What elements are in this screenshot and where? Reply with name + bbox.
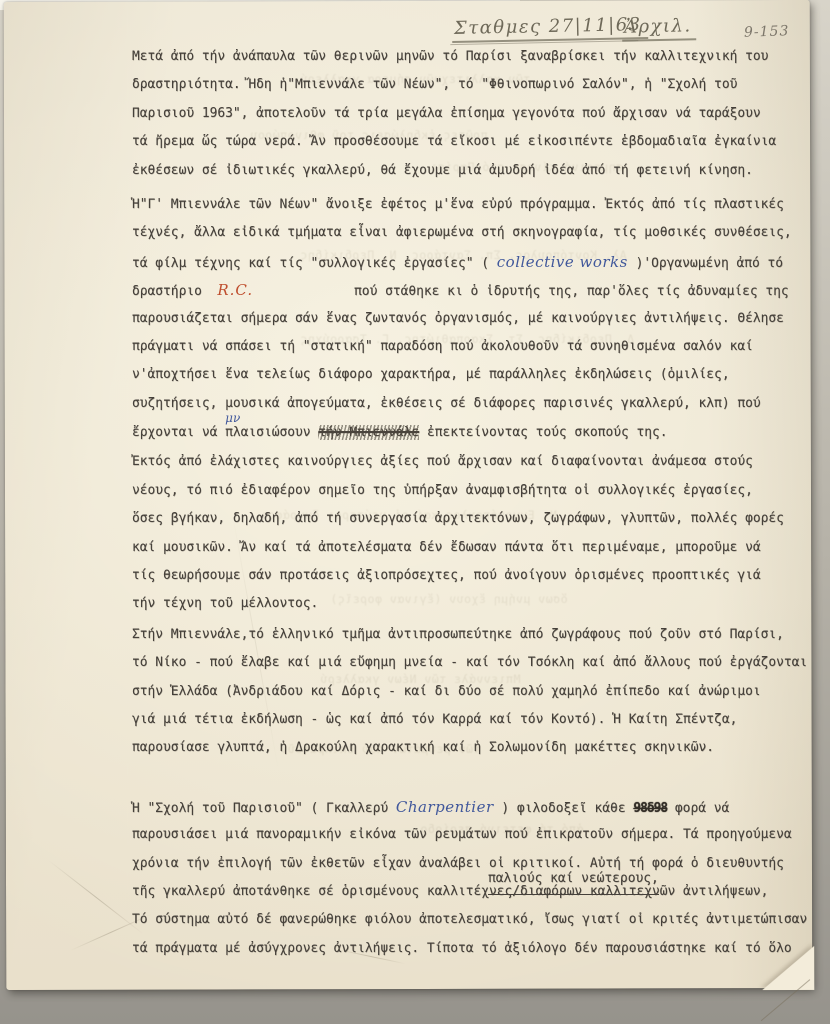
- text-line: τά ἤρεμα ὥς τώρα νερά. Ἄν προσθέσουμε τά…: [132, 128, 822, 156]
- text-line: δραστηριότητα. Ἤδη ἡ"Μπιεννάλε τῶν Νέων"…: [132, 71, 822, 99]
- paragraph: Μετά ἀπό τήν ἀνάπαυλα τῶν θερινῶν μηνῶν …: [132, 43, 822, 185]
- overtyped-correction: 98δ98: [633, 801, 667, 816]
- typed-text-segment: πού στάθηκε κι ὁ ἱδρυτής της, παρ'ὅλες τ…: [253, 284, 789, 299]
- typed-text-segment: χρόνια τήν ἐπιλογή τῶν ἐκθετῶν εἶχαν ἀνα…: [132, 856, 784, 871]
- typed-text-segment: φορά νά: [667, 801, 729, 816]
- text-line: Παρισιοῦ 1963", ἀποτελοῦν τά τρία μεγάλα…: [132, 100, 822, 128]
- text-line: τήν τέχνη τοῦ μέλλοντος.: [132, 590, 822, 618]
- typed-text-segment: Μετά ἀπό τήν ἀνάπαυλα τῶν θερινῶν μηνῶν …: [132, 49, 768, 64]
- text-line: Τό σύστημα αὐτό δέ φανερώθηκε φιόλου ἀπο…: [132, 906, 822, 934]
- handwritten-red-initials: R.C.: [217, 281, 253, 299]
- text-line: στήν Ἑλλάδα (Ἀνδριάδου καί Δόρις - καί δ…: [132, 678, 822, 706]
- text-line: τά πράγματα μέ ἀσύγχρονες ἀντιλήψεις. Τί…: [132, 935, 822, 963]
- typed-text-segment: Ἡ "Σχολή τοῦ Παρισιοῦ" ( Γκαλλερύ: [132, 801, 396, 816]
- typed-text-segment: πλαισιώσουν: [225, 425, 318, 440]
- text-line: παρουσίασε γλυπτά, ἡ Δρακούλη χαρακτική …: [132, 734, 822, 762]
- typed-text-segment: γιά μιά τέτια ἐκδήλωση - ὡς καί ἀπό τόν …: [132, 712, 737, 727]
- typed-text-segment: παρουσίασε γλυπτά, ἡ Δρακούλη χαρακτική …: [132, 740, 714, 755]
- text-line: δραστήριο R.C. πού στάθηκε κι ὁ ἱδρυτής …: [132, 276, 822, 304]
- typed-text-segment: Στήν Μπιεννάλε,τό ἑλληνικό τμῆμα ἀντιπρο…: [132, 627, 784, 642]
- paragraph: Ἡ "Σχολή τοῦ Παρισιοῦ" ( Γκαλλερύ Charpe…: [132, 793, 822, 963]
- typed-text-segment: )'Οργανωμένη ἀπό τό: [628, 256, 783, 271]
- typed-text-segment: Ἐκτός ἀπό ἐλάχιστες καινούργιες ἀξίες πο…: [132, 454, 753, 469]
- typed-text-segment: ἐκθέσεων σέ ἰδιωτικές γκαλλερύ, θά ἔχουμ…: [132, 163, 753, 178]
- paragraph: Στήν Μπιεννάλε,τό ἑλληνικό τμῆμα ἀντιπρο…: [132, 621, 822, 763]
- typed-text-segment: ἔρχονται νά: [132, 425, 225, 440]
- typed-text-segment: συζητήσεις, μουσικά ἀπογεύματα, ἐκθέσεις…: [132, 396, 761, 411]
- text-line: Στήν Μπιεννάλε,τό ἑλληνικό τμῆμα ἀντιπρο…: [132, 621, 822, 649]
- text-line: παρουσιάσει μιά πανοραμικήν εἰκόνα τῶν ρ…: [132, 821, 822, 849]
- text-line: ἔρχονται νά μνπλαισιώσουν τήν Μπιεννάλε …: [132, 418, 822, 446]
- typed-text-segment: δραστήριο: [132, 284, 217, 299]
- text-line: τῆς γκαλλερύ ἀποτάνθηκε σέ ὁρισμένους κα…: [132, 878, 822, 906]
- text-line: ν'ἀποχτήσει ἕνα τελείως διάφορο χαρακτήρ…: [132, 361, 822, 389]
- text-line: Ἡ"Γ' Μπιεννάλε τῶν Νέων" ἄνοιξε ἐφέτος μ…: [132, 191, 822, 219]
- typed-text-segment: Τό σύστημα αὐτό δέ φανερώθηκε φιόλου ἀπο…: [132, 912, 807, 927]
- paragraph: Ἡ"Γ' Μπιεννάλε τῶν Νέων" ἄνοιξε ἐφέτος μ…: [132, 191, 822, 447]
- typed-text-segment: τά ἤρεμα ὥς τώρα νερά. Ἄν προσθέσουμε τά…: [132, 134, 776, 149]
- typed-text-segment: ) φιλοδοξεῖ κάθε: [494, 801, 634, 816]
- text-line: τό Νίκο - πού ἔλαβε καί μιά εὔφημη μνεία…: [132, 649, 822, 677]
- typed-text-segment: τό Νίκο - πού ἔλαβε καί μιά εὔφημη μνεία…: [132, 655, 807, 670]
- typed-text-segment: παρουσιάσει μιά πανοραμικήν εἰκόνα τῶν ρ…: [132, 827, 792, 842]
- text-line: Μετά ἀπό τήν ἀνάπαυλα τῶν θερινῶν μηνῶν …: [132, 43, 822, 71]
- typed-text-segment: ἐπεκτείνοντας τούς σκοπούς της.: [419, 425, 667, 440]
- text-line: Ἡ "Σχολή τοῦ Παρισιοῦ" ( Γκαλλερύ Charpe…: [132, 793, 822, 821]
- text-line: τέχνές, ἄλλα εἰδικά τμήματα εἶναι ἀφιερω…: [132, 219, 822, 247]
- text-line: πράγματι νά σπάσει τή "στατική" παραδόση…: [132, 333, 822, 361]
- photograph-of-typescript: { "annotations": { "top_note": "Σταθμες …: [0, 0, 830, 1024]
- typed-text-segment: ὅσες βγήκαν, δηλαδή, ἀπό τή συνεργασία ἀ…: [132, 511, 784, 526]
- typed-text-segment: νέους, τό πιό ἐδιαφέρον σημεῖο της ὑπήρξ…: [132, 483, 753, 498]
- struck-through-text: τήν Μπιεννάλε: [318, 425, 419, 440]
- typed-text-segment: παρουσιάζεται σήμερα σάν ἕνας ζωντανός ὀ…: [132, 311, 784, 326]
- text-line: καί μουσικῶν. Ἄν καί τά ἀποτελέσματα δέν…: [132, 534, 822, 562]
- text-line: ἐκθέσεων σέ ἰδιωτικές γκαλλερύ, θά ἔχουμ…: [132, 157, 822, 185]
- typed-text-segment: τήν τέχνη τοῦ μέλλοντος.: [132, 596, 318, 611]
- typed-text-segment: τίς θεωρήσουμε σάν προτάσεις ἀξιοπρόσεχτ…: [132, 568, 761, 583]
- typed-text-segment: στήν Ἑλλάδα (Ἀνδριάδου καί Δόρις - καί δ…: [132, 684, 761, 699]
- text-line: τά φίλμ τέχνης καί τίς "συλλογικές ἐργασ…: [132, 248, 822, 276]
- typed-text-segment: δραστηριότητα. Ἤδη ἡ"Μπιεννάλε τῶν Νέων"…: [132, 77, 737, 92]
- typed-text-segment: τῆς γκαλλερύ ἀποτάνθηκε σέ ὁρισμένους κα…: [132, 884, 768, 899]
- text-line: γιά μιά τέτια ἐκδήλωση - ὡς καί ἀπό τόν …: [132, 706, 822, 734]
- typed-text-segment: τέχνές, ἄλλα εἰδικά τμήματα εἶναι ἀφιερω…: [132, 225, 792, 240]
- typed-text-segment: Παρισιοῦ 1963", ἀποτελοῦν τά τρία μεγάλα…: [132, 106, 761, 121]
- text-line: ὅσες βγήκαν, δηλαδή, ἀπό τή συνεργασία ἀ…: [132, 505, 822, 533]
- typed-interlinear-text: παλιούς καί νεώτερους,: [488, 865, 659, 895]
- typed-text-segment: Ἡ"Γ' Μπιεννάλε τῶν Νέων" ἄνοιξε ἐφέτος μ…: [132, 197, 784, 212]
- typed-text: Μετά ἀπό τήν ἀνάπαυλα τῶν θερινῶν μηνῶν …: [132, 0, 822, 963]
- text-line: νέους, τό πιό ἐδιαφέρον σημεῖο της ὑπήρξ…: [132, 477, 822, 505]
- text-line: Ἐκτός ἀπό ἐλάχιστες καινούργιες ἀξίες πο…: [132, 448, 822, 476]
- typed-text-segment: πράγματι νά σπάσει τή "στατική" παραδόση…: [132, 339, 753, 354]
- text-line: παρουσιάζεται σήμερα σάν ἕνας ζωντανός ὀ…: [132, 305, 822, 333]
- handwritten-blue-text: collective works: [497, 253, 628, 271]
- typed-text-segment: καί μουσικῶν. Ἄν καί τά ἀποτελέσματα δέν…: [132, 540, 761, 555]
- paragraph: Ἐκτός ἀπό ἐλάχιστες καινούργιες ἀξίες πο…: [132, 448, 822, 618]
- typed-text-segment: τά φίλμ τέχνης καί τίς "συλλογικές ἐργασ…: [132, 256, 497, 271]
- typed-text-segment: ν'ἀποχτήσει ἕνα τελείως διάφορο χαρακτήρ…: [132, 367, 730, 382]
- text-line: χρόνια τήν ἐπιλογή τῶν ἐκθετῶν εἶχαν ἀνα…: [132, 850, 822, 878]
- handwritten-blue-text: Charpentier: [396, 798, 494, 816]
- text-line: τίς θεωρήσουμε σάν προτάσεις ἀξιοπρόσεχτ…: [132, 562, 822, 590]
- typed-text-segment: τά πράγματα μέ ἀσύγχρονες ἀντιλήψεις. Τί…: [132, 941, 792, 956]
